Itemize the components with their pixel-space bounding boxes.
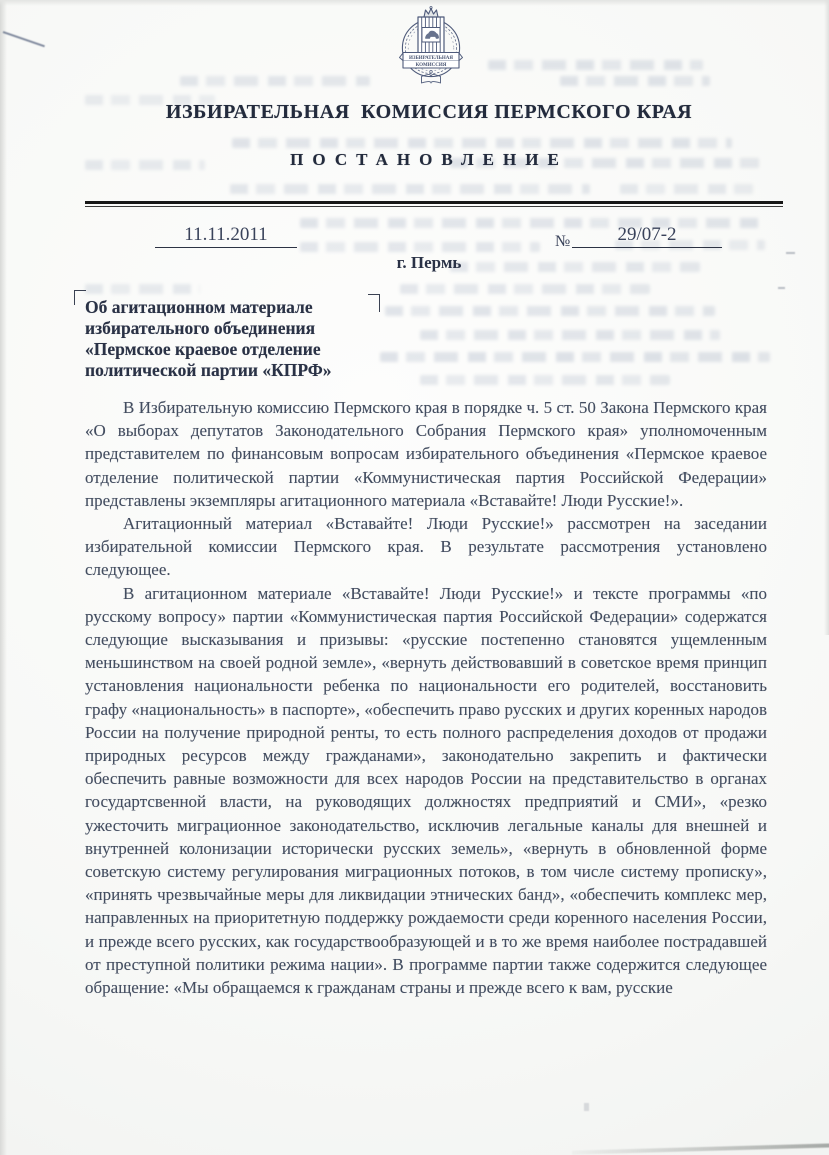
bleed-through-artifact [230, 184, 590, 194]
paper-edge-right [824, 0, 829, 635]
document-number-field: 29/07-2 [572, 224, 722, 248]
body-paragraph: В Избирательную комиссию Пермского края … [85, 396, 767, 512]
subject-line: избирательного объединения [85, 318, 385, 339]
number-sign-label: № [555, 233, 570, 251]
body-paragraph: Агитационный материал «Вставайте! Люди Р… [85, 512, 767, 582]
bleed-through-artifact [420, 375, 670, 385]
date-value: 11.11.2011 [184, 224, 267, 245]
body-paragraph: В агитационном материале «Вставайте! Люд… [85, 582, 767, 1000]
org-name-heading: ИЗБИРАТЕЛЬНАЯ КОМИССИЯ ПЕРМСКОГО КРАЯ [70, 101, 788, 124]
doc-type-heading: ПОСТАНОВЛЕНИЕ [70, 150, 788, 170]
bleed-through-artifact [385, 306, 715, 316]
pen-stroke-mark [3, 31, 45, 47]
subject-line: «Пермское краевое отделение [85, 339, 385, 360]
subject-line: политической партии «КПРФ» [85, 360, 385, 381]
bleed-through-artifact [180, 76, 370, 86]
bleed-through-artifact [85, 284, 200, 294]
scanned-document-page: ИЗБИРАТЕЛЬНАЯ КОМИССИЯ ИЗБИРАТЕЛЬНАЯ КОМ… [0, 0, 829, 1155]
paper-edge-bottom-shadow [572, 1143, 829, 1154]
subject-line: Об агитационном материале [85, 297, 385, 318]
bleed-through-artifact [400, 284, 650, 294]
bleed-through-artifact [420, 330, 720, 340]
bleed-through-artifact [300, 242, 540, 252]
scan-speck [778, 287, 785, 289]
bleed-through-artifact [620, 184, 760, 194]
city-label: г. Пермь [70, 253, 788, 273]
emblem-ribbon-text-2: КОМИССИЯ [416, 63, 447, 68]
date-field: 11.11.2011 [155, 224, 297, 248]
emblem-ribbon-text-1: ИЗБИРАТЕЛЬНАЯ [409, 56, 453, 61]
bleed-through-artifact [488, 60, 703, 70]
paper-edge-left [0, 0, 7, 1155]
bleed-through-artifact [380, 352, 770, 362]
subject-block: Об агитационном материале избирательного… [85, 297, 385, 381]
scan-speck [584, 1103, 589, 1111]
document-body: В Избирательную комиссию Пермского края … [85, 396, 767, 999]
election-commission-emblem-icon: ИЗБИРАТЕЛЬНАЯ КОМИССИЯ [395, 6, 467, 90]
document-number-value: 29/07-2 [617, 224, 676, 245]
bleed-through-artifact [560, 76, 710, 86]
header-divider-rule [85, 201, 783, 207]
bleed-through-artifact [232, 138, 732, 148]
